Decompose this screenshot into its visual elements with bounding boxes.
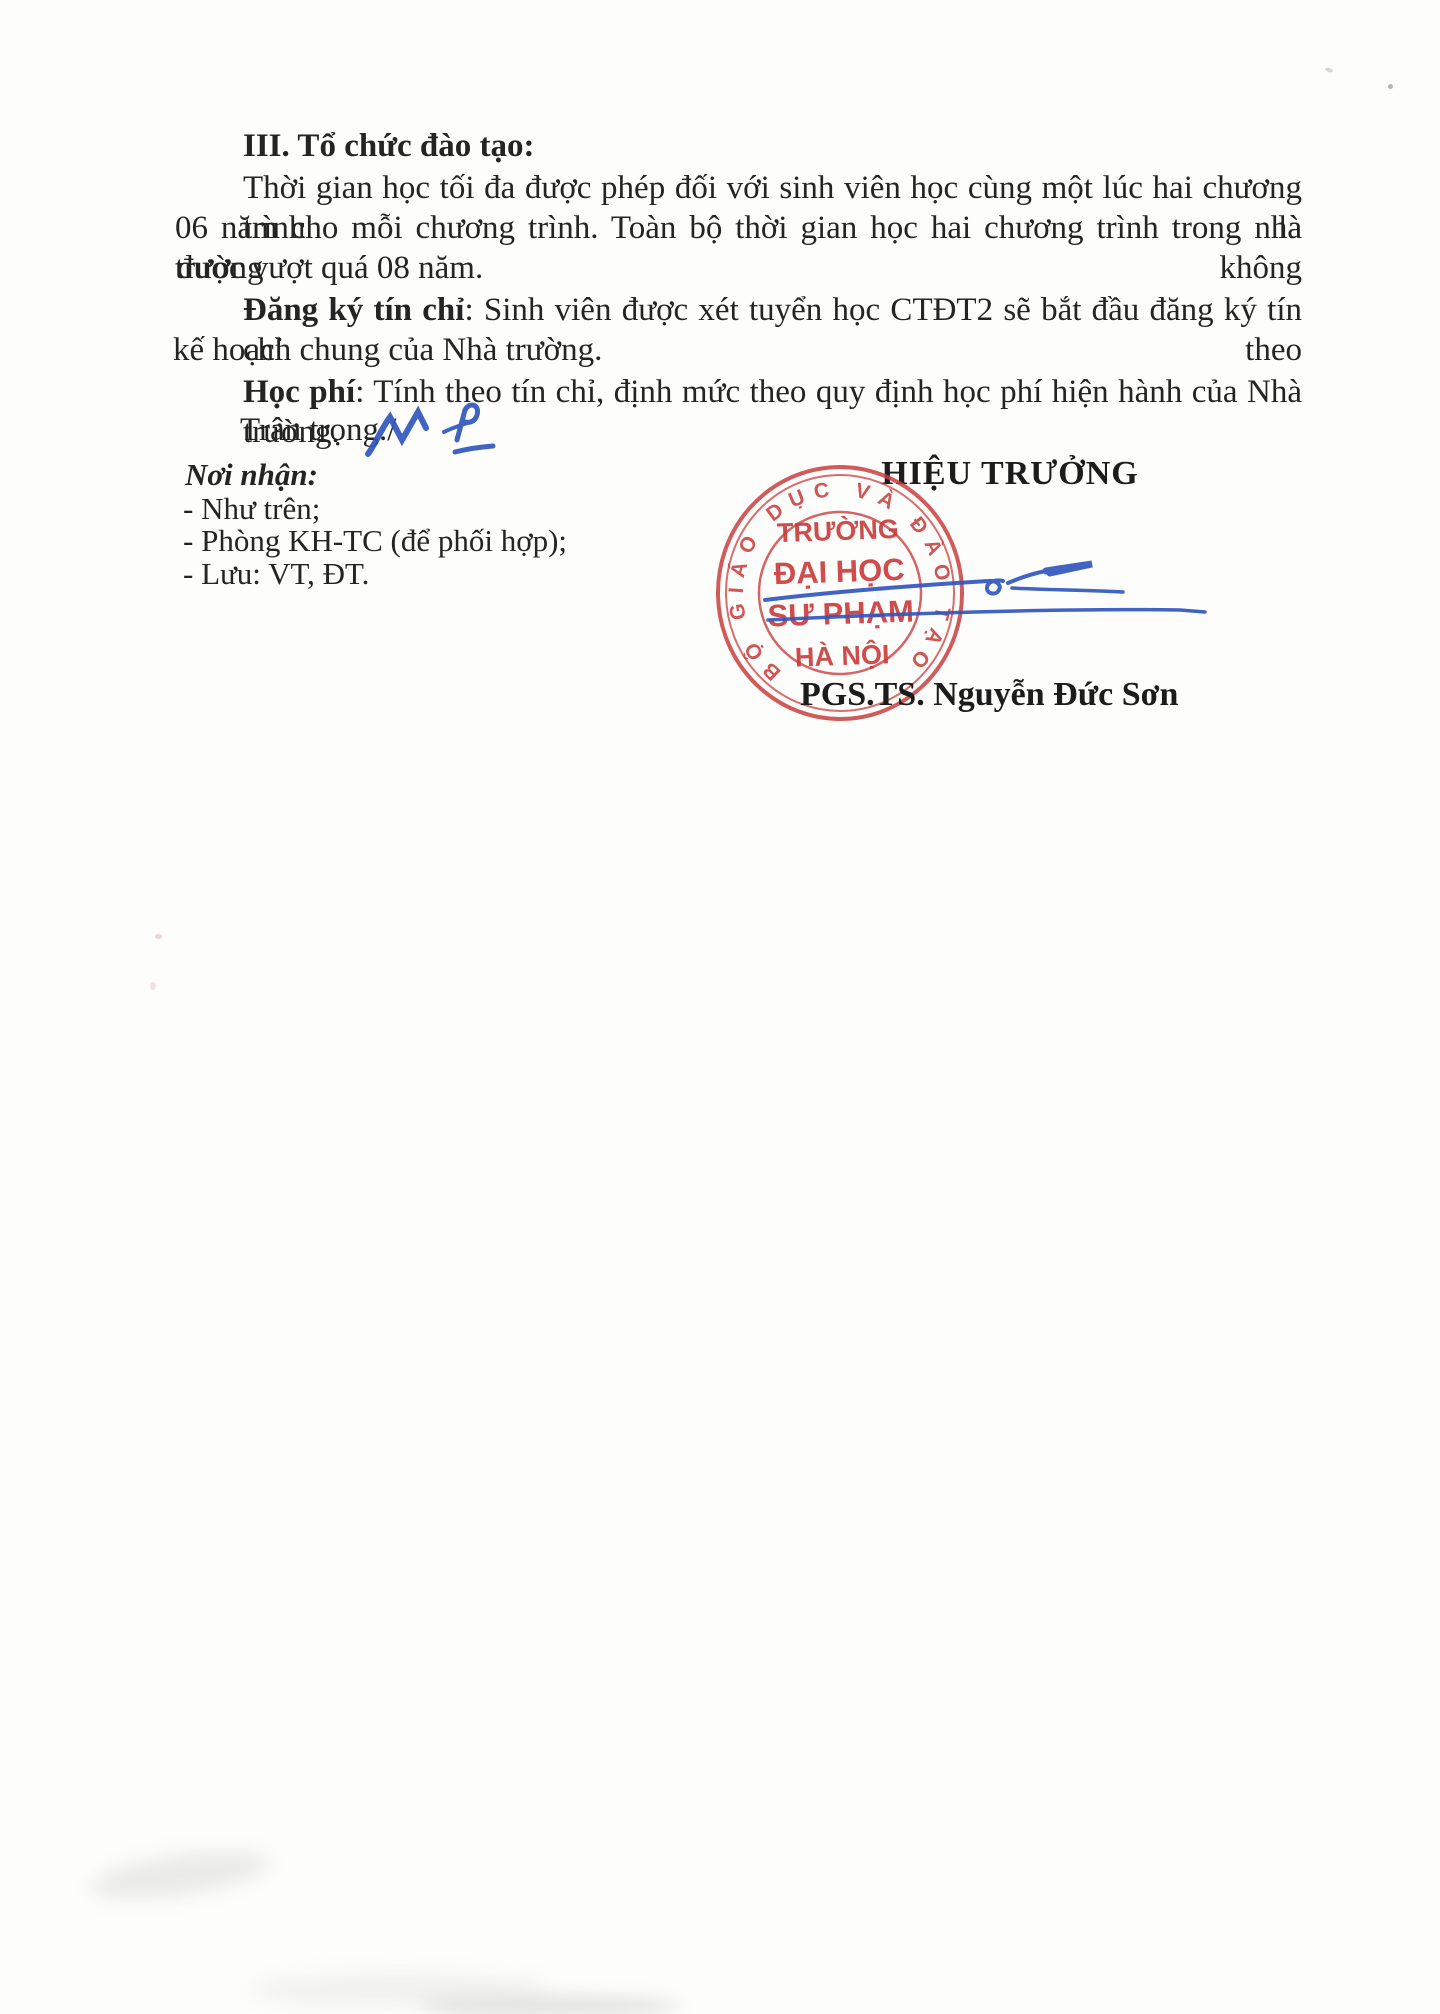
- signer-name: PGS.TS. Nguyễn Đức Sơn: [800, 676, 1178, 714]
- initials-paraph-signature: [360, 398, 500, 468]
- stamp-center-line4: HÀ NỘI: [794, 638, 890, 672]
- director-signature: [740, 540, 1220, 640]
- scanned-document-page: III. Tổ chức đào tạo: Thời gian học tối …: [0, 0, 1440, 2014]
- para2-line2: kế hoạch chung của Nhà trường.: [173, 330, 602, 370]
- section-heading: III. Tổ chức đào tạo:: [243, 126, 534, 166]
- scan-speck: [1388, 84, 1393, 89]
- recipient-item: - Lưu: VT, ĐT.: [183, 554, 369, 594]
- scan-speck: [1325, 67, 1334, 73]
- para2-label: Đăng ký tín chỉ: [243, 292, 464, 328]
- scan-speck: [150, 982, 156, 990]
- scan-smudge: [250, 1975, 550, 2005]
- para3-label: Học phí: [243, 374, 355, 410]
- scan-speck: [155, 934, 162, 939]
- para1-line3: được vượt quá 08 năm.: [177, 248, 483, 288]
- scan-smudge: [88, 1843, 272, 1908]
- scan-smudge: [420, 1995, 680, 2014]
